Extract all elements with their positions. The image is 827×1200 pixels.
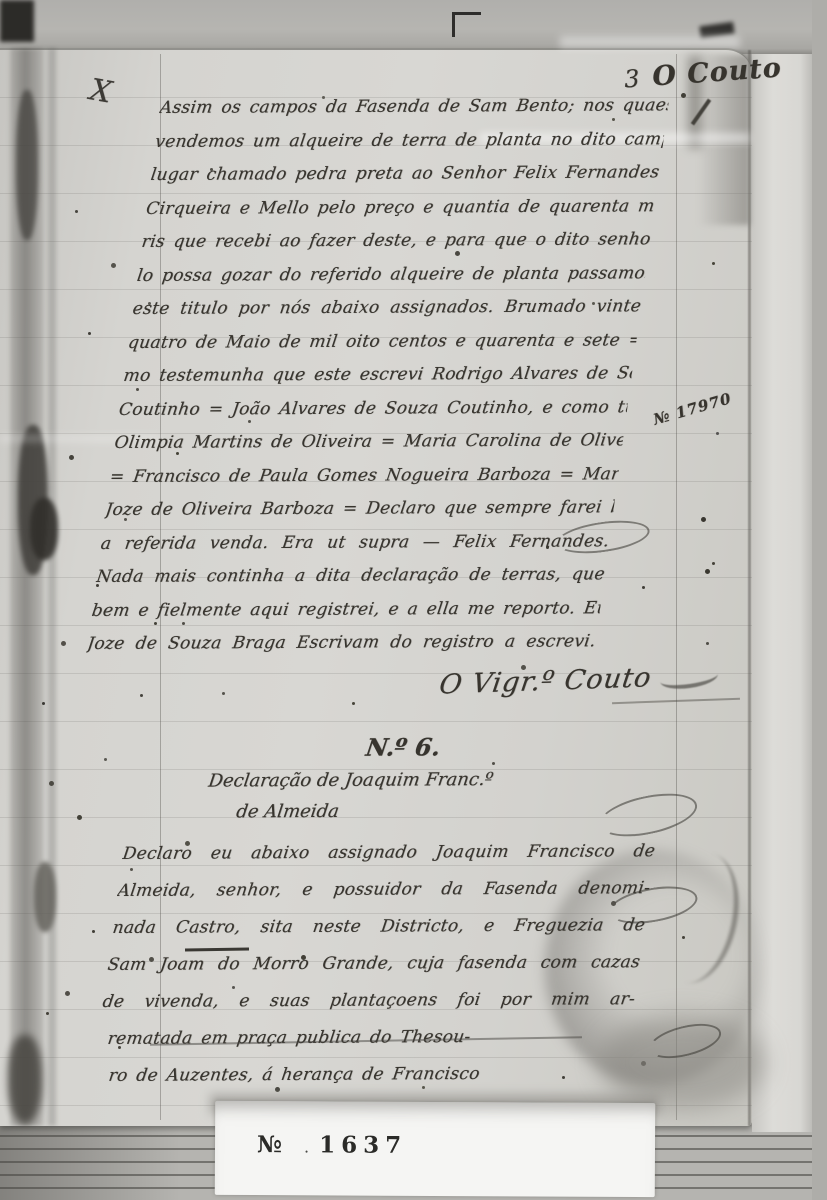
manuscript-line: lugar chamado pedra preta ao Senhor Feli… xyxy=(148,156,661,192)
manuscript-line: Assim os campos da Fasenda de Sam Bento;… xyxy=(157,89,670,125)
dark-corner-mark xyxy=(0,0,34,42)
entry-subheading: Declaração de Joaquim Franc.º xyxy=(206,763,667,796)
entry-continuation-text: Assim os campos da Fasenda de Sam Bento;… xyxy=(85,89,670,661)
manuscript-line: mo testemunha que este escrevi Rodrigo A… xyxy=(121,357,634,393)
manuscript-line: = Francisco de Paula Gomes Nogueira Barb… xyxy=(108,458,621,494)
scanner-right-edge xyxy=(812,0,827,1200)
manuscript-line: Declaro eu abaixo assignado Joaquim Fran… xyxy=(120,833,657,873)
slip-text: №.1637 xyxy=(257,1131,655,1160)
manuscript-line: ris que recebi ao fazer deste, e para qu… xyxy=(139,223,652,259)
manuscript-line: ro de Auzentes, á herança de Francisco xyxy=(106,1055,627,1095)
ink-blot xyxy=(34,862,56,932)
slip-number: 1637 xyxy=(319,1131,407,1158)
ink-blot xyxy=(8,1035,42,1123)
underlying-page-edge xyxy=(752,54,812,1132)
numero-sign: № xyxy=(257,1131,282,1158)
underlying-page-shadow xyxy=(0,1122,180,1200)
manuscript-line: a referida venda. Era ut supra — Felix F… xyxy=(99,525,612,561)
binding-gutter-streak xyxy=(48,48,56,1126)
manuscript-line: Almeida, senhor, e possuidor da Fasenda … xyxy=(115,870,652,910)
manuscript-line: vendemos um alqueire de terra de planta … xyxy=(153,123,666,159)
manuscript-line: quatro de Maio de mil oito centos e quar… xyxy=(126,324,639,360)
white-streak xyxy=(560,36,740,48)
manuscript-line: nada Castro, sita neste Districto, e Fre… xyxy=(110,907,647,947)
manuscript-line: lo possa gozar do referido alqueire de p… xyxy=(135,257,648,293)
corner-bracket-mark xyxy=(452,12,481,37)
manuscript-line: este titulo por nós abaixo assignados. B… xyxy=(130,290,643,326)
registry-number-slip: №.1637 xyxy=(215,1101,655,1197)
manuscript-line: Joze de Oliveira Barboza = Declaro que s… xyxy=(103,491,616,527)
scanned-register-page: 3O Couto X № 17970 Assim os campos da Fa… xyxy=(0,0,827,1200)
manuscript-line: bem e fielmente aqui registrei, e a ella… xyxy=(89,592,602,628)
ink-blot xyxy=(16,90,38,240)
slip-dot: . xyxy=(304,1137,309,1156)
manuscript-line: Cirqueira e Mello pelo preço e quantia d… xyxy=(144,190,657,226)
manuscript-line: Coutinho = João Alvares de Souza Coutinh… xyxy=(117,391,630,427)
ink-speckles xyxy=(0,0,3,3)
manuscript-line: de vivenda, e suas plantaçoens foi por m… xyxy=(100,981,637,1021)
manuscript-line: Joze de Souza Braga Escrivam do registro… xyxy=(85,625,598,661)
manuscript-line: Olimpia Martins de Oliveira = Maria Caro… xyxy=(112,424,625,460)
manuscript-line: Nada mais continha a dita declaração de … xyxy=(94,558,607,594)
entry-number-heading: N.º 6. xyxy=(135,729,672,766)
ink-blot xyxy=(30,498,58,560)
